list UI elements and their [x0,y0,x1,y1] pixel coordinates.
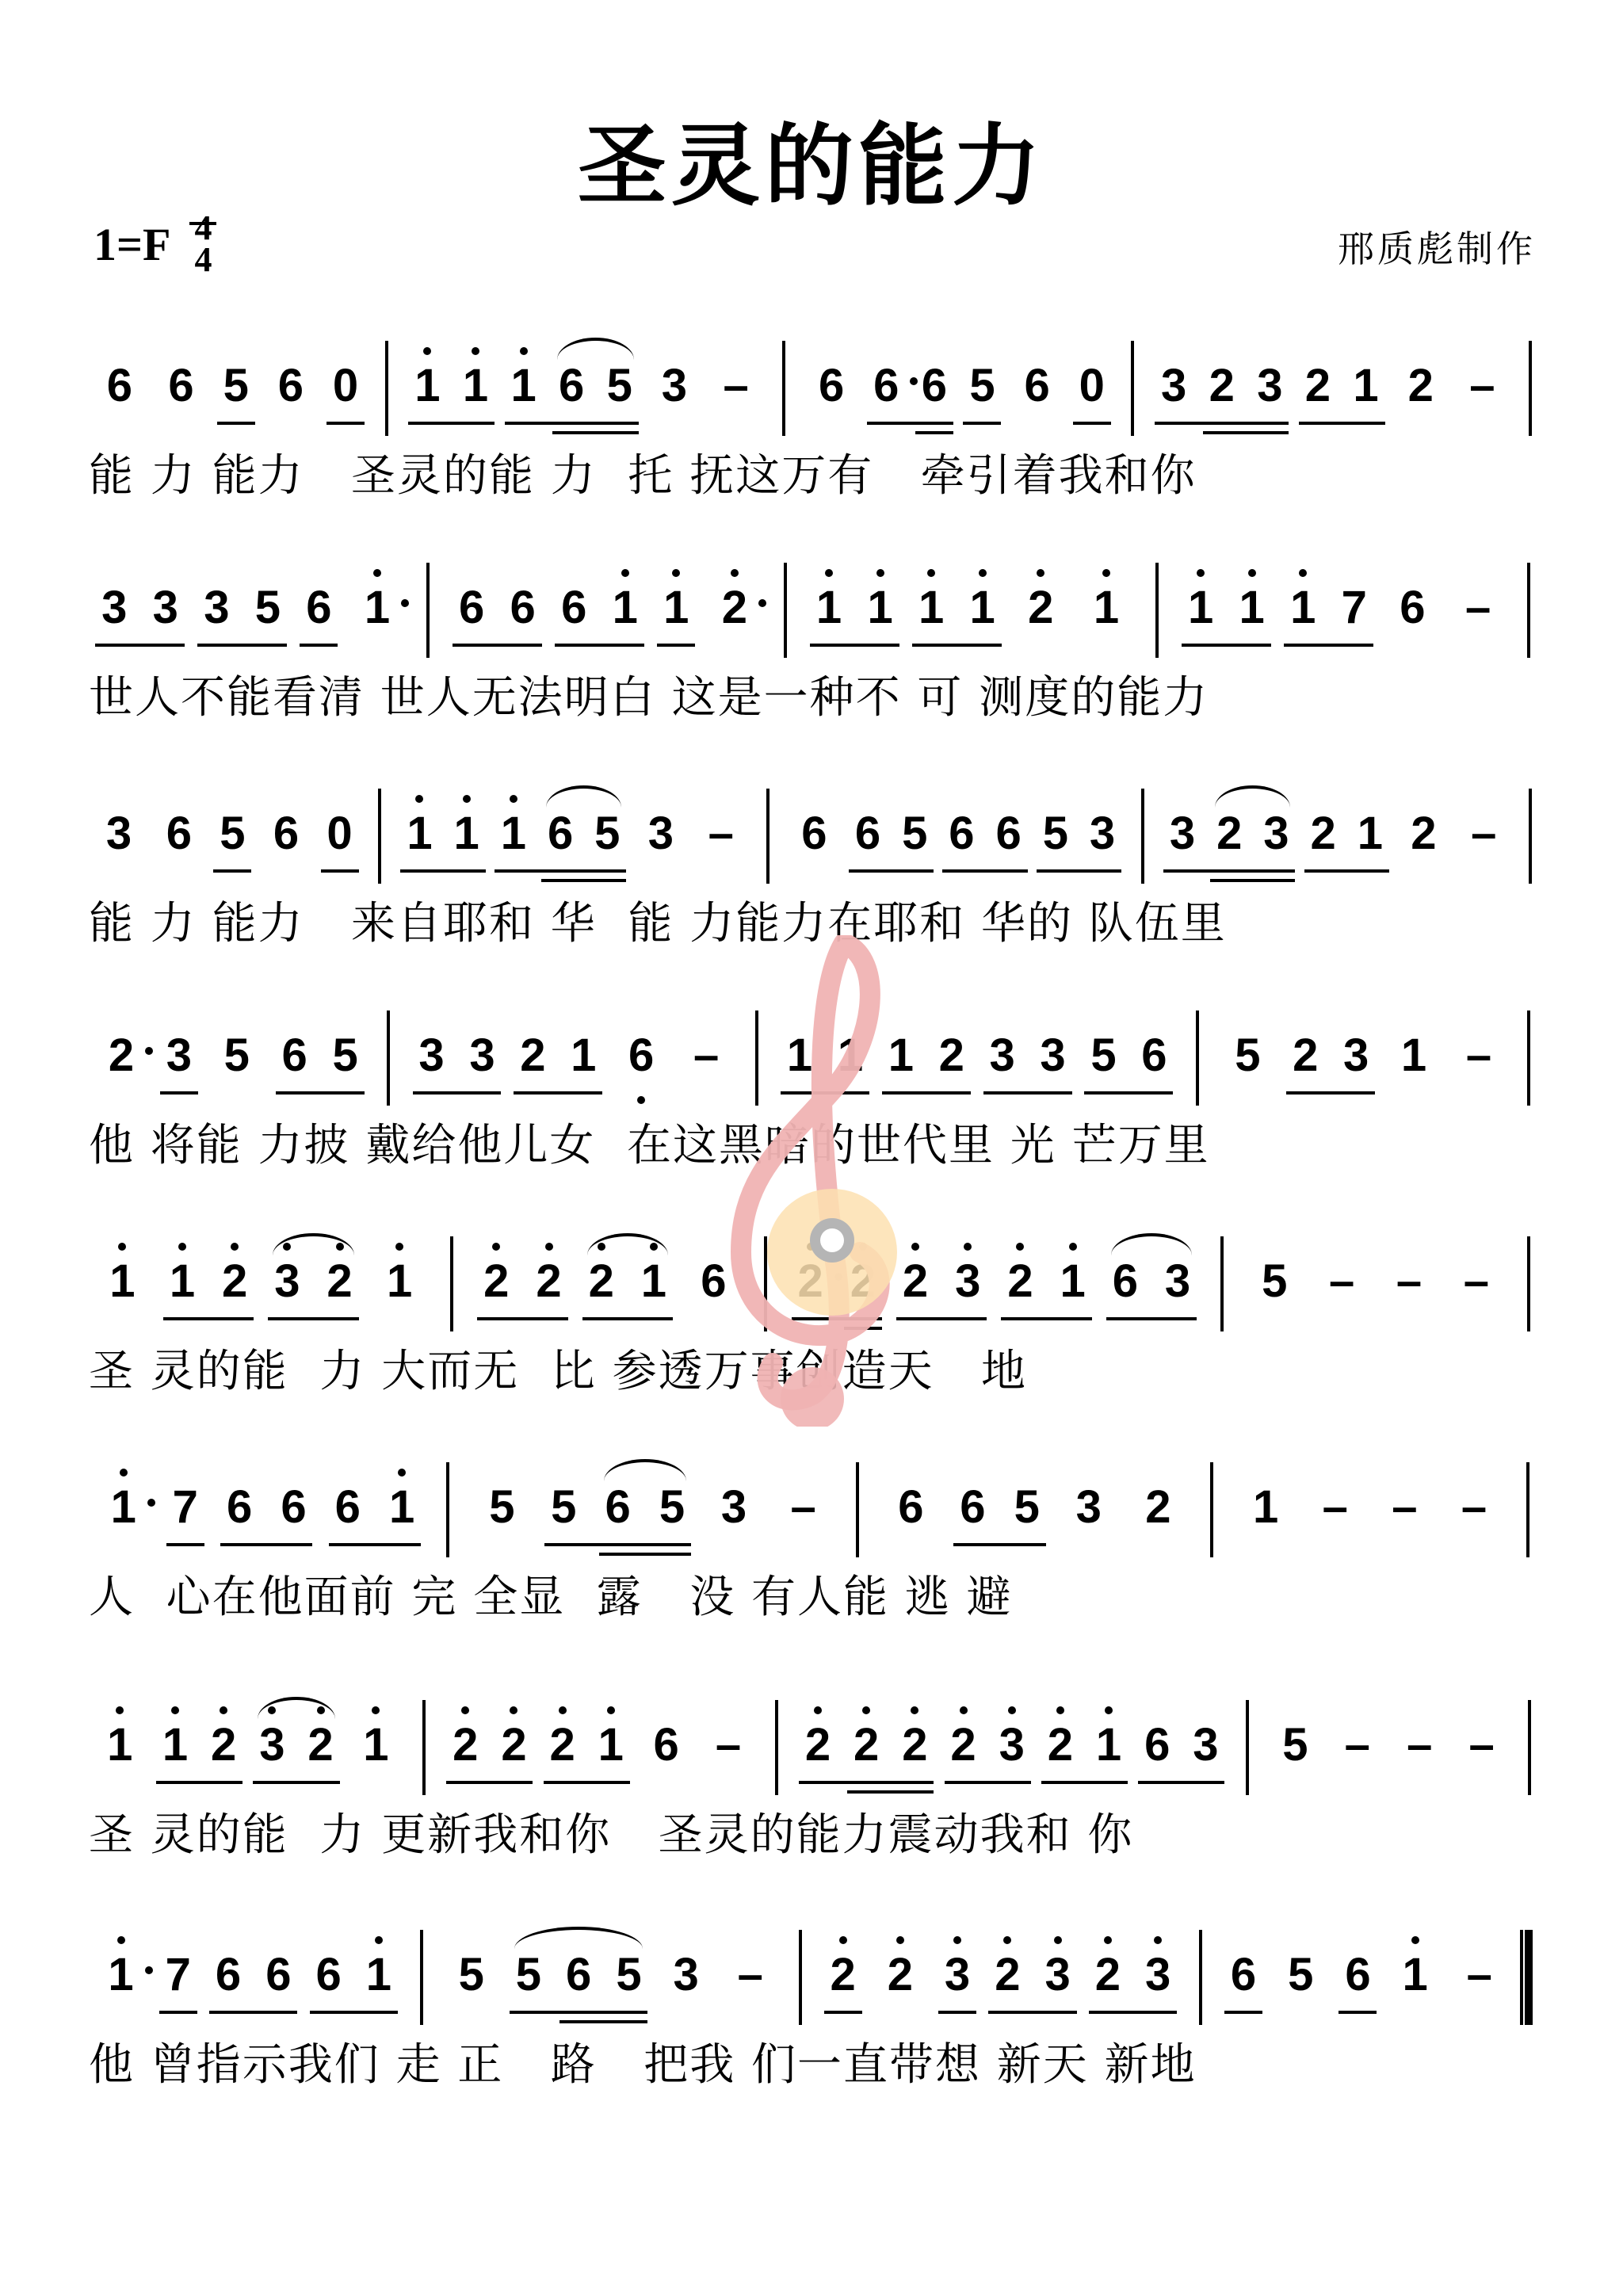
note-digit: 3 [161,1026,197,1085]
note-digit: 6 [260,1946,296,2004]
note: 1 [964,555,1001,637]
note: 6 [916,333,953,415]
eighth-underline [446,1781,533,1784]
sixteenth-underline [844,1327,882,1330]
lyrics-text: 圣 灵的能 力 更新我和你 圣灵的能力震动我和 你 [89,1800,1133,1863]
note-digit: 1 [409,357,445,415]
note-digit: 3 [1338,1026,1374,1085]
note-digit: 1 [1090,1716,1127,1775]
note-digit: 5 [453,1946,490,2004]
note: 3 [464,1003,500,1085]
note: 1 [103,1922,139,2004]
note: 2 [1022,555,1059,637]
note: 1 [359,555,395,637]
notes-line: 17666155653–22323236561– [89,1922,1547,2025]
note-digit: 6 [991,804,1027,863]
dash-extension: – [1461,1003,1497,1085]
note: 1 [164,1228,200,1311]
note: 1 [565,1003,601,1085]
note-digit: 6 [1107,1252,1144,1311]
barline [426,563,430,658]
eighth-underline [1138,1781,1224,1784]
note: 5 [327,1003,364,1085]
note: 6 [453,555,490,637]
note: 6 [1019,333,1056,415]
note-digit: 1 [495,804,532,863]
note-digit: 1 [832,1026,869,1085]
note-digit: 1 [883,1026,919,1085]
note: 6 [850,781,886,863]
eighth-underline [781,1091,869,1095]
barline [1131,341,1134,436]
note-digit: 5 [218,357,254,415]
note: 3 [414,1003,450,1085]
eighth-underline [453,644,542,647]
high-octave-dot [927,569,935,577]
eighth-underline [824,2011,862,2014]
note-digit: 1 [811,579,847,637]
note-digit: 2 [103,1026,139,1085]
eighth-underline [938,2011,976,2014]
score-system-4: 2356533216–111233565231–他 将能 力披 戴给他儿女 在这… [89,1003,1547,1174]
note-digit: 1 [381,1252,418,1311]
note: 3 [1071,1454,1107,1537]
dash-extension: – [1386,1454,1423,1537]
note: 3 [96,555,132,637]
note-digit: 2 [934,1026,970,1085]
note: 1 [883,1003,919,1085]
eighth-underline [477,1317,567,1320]
note-digit: 2 [531,1252,567,1311]
note: 2 [1042,1692,1079,1775]
augmentation-dot [834,1273,842,1281]
note: 3 [1338,1003,1374,1085]
high-octave-dot [398,1469,406,1477]
notes-line: 33356166611211112111176– [89,555,1547,658]
eighth-underline [310,2011,398,2014]
note-digit: 2 [1204,357,1240,415]
note-digit: 6 [1394,579,1430,637]
note-digit: 3 [949,1252,986,1311]
note: 6 [330,1454,366,1537]
note-digit: 1 [157,1716,193,1775]
note-digit: 3 [147,579,184,637]
note-digit: 2 [1405,804,1442,863]
note-digit: 5 [610,1946,647,2004]
score-system-7: 11232122216–2222321635–––圣 灵的能 力 更新我和你 圣… [89,1692,1547,1863]
note-digit: 1 [1234,579,1270,637]
note-digit: 6 [161,804,197,863]
note: 6 [273,333,309,415]
note-digit: 1 [457,357,494,415]
dash-extension: – [1317,1454,1354,1537]
note: 2 [205,1692,242,1775]
note: 2 [103,1003,139,1085]
sixteenth-underline [1203,431,1289,434]
eighth-underline [1089,2011,1177,2014]
note-digit: 0 [322,804,358,863]
barline [378,789,381,884]
note: 1 [357,1692,394,1775]
lyrics-line: 他 将能 力披 戴给他儿女 在这黑暗的世代里 光 芒万里 [89,1110,1547,1174]
high-octave-dot [1248,569,1256,577]
note-digit: 1 [357,1716,394,1775]
note: 2 [514,1003,551,1085]
note: 3 [161,1003,197,1085]
note: 1 [781,1003,818,1085]
eighth-underline [160,1091,198,1095]
note-digit: 2 [1300,357,1336,415]
eighth-underline [1037,869,1121,873]
note-digit: 6 [210,1946,246,2004]
note-digit: – [710,1716,747,1775]
eighth-underline [799,1781,934,1784]
note-digit: – [1464,1716,1500,1775]
author-credit: 邢质彪制作 [1338,220,1536,273]
eighth-underline [505,422,639,425]
high-octave-dot [1008,1706,1016,1714]
note: 1 [401,781,437,863]
note: 2 [1403,333,1439,415]
note-digit: 6 [505,579,541,637]
eighth-underline [213,869,251,873]
high-octave-dot [472,347,479,355]
eighth-underline [810,644,899,647]
note-digit: 2 [1403,357,1439,415]
lyrics-text: 人 心在他面前 完 全显 露 没 有人能 逃 避 [89,1562,1013,1626]
barline [450,1236,453,1331]
barline [1529,789,1532,884]
note: 2 [1204,333,1240,415]
note-digit: – [1401,1716,1438,1775]
notes-line: 2356533216–111233565231– [89,1003,1547,1106]
note: 1 [495,781,532,863]
note: 7 [167,1454,204,1537]
note: 2 [896,1692,933,1775]
note-digit: 6 [556,579,592,637]
note: 1 [1090,1692,1127,1775]
high-octave-dot [1197,569,1205,577]
note: 1 [1234,555,1270,637]
high-octave-dot [1069,1243,1077,1251]
note: 1 [832,1003,869,1085]
note: 1 [1088,555,1125,637]
eighth-underline [166,1543,204,1546]
note-digit: 2 [216,1252,253,1311]
high-octave-dot [1003,1936,1011,1944]
note-digit: 3 [1251,357,1288,415]
score-system-5: 11232122216222321635–––圣 灵的能 力 大而无 比 参透万… [89,1228,1547,1400]
note-digit: 6 [542,804,579,863]
high-octave-dot [463,795,471,803]
note-digit: 6 [796,804,832,863]
notes-line: 17666155653–665321––– [89,1454,1547,1557]
lyrics-line: 圣 灵的能 力 更新我和你 圣灵的能力震动我和 你 [89,1800,1547,1863]
note: 3 [1251,333,1288,415]
note: 5 [1229,1003,1266,1085]
eighth-underline [400,869,485,873]
lyrics-text: 圣 灵的能 力 大而无 比 参透万事创造天 地 [89,1336,1027,1400]
high-octave-dot [492,1243,500,1251]
note: 2 [1300,333,1336,415]
note-digit: 6 [1139,1716,1175,1775]
note-digit: 1 [1352,804,1388,863]
note-digit: – [688,1026,724,1085]
note: 5 [1277,1692,1313,1775]
note-digit: 1 [361,1946,397,2004]
note-digit: 5 [589,804,625,863]
note-digit: 2 [1211,804,1247,863]
lyrics-line: 能 力 能力 圣灵的能 力 托 抚这万有 牵引着我和你 [89,441,1547,504]
note: 2 [716,555,753,637]
note-digit: 5 [250,579,286,637]
note: 1 [506,333,542,415]
note-digit: 3 [198,579,235,637]
note-digit: 2 [447,1716,483,1775]
note: 2 [848,1692,884,1775]
dash-extension: – [732,1922,769,2004]
high-octave-dot [672,569,680,577]
high-octave-dot [117,1936,125,1944]
note: 5 [1085,1003,1121,1085]
note-digit: 6 [273,357,309,415]
lyrics-line: 世人不能看清 世人无法明白 这是一种不 可 测度的能力 [89,663,1547,726]
eighth-underline [156,1781,242,1784]
lyrics-line: 能 力 能力 来自耶和 华 能 力能力在耶和 华的 队伍里 [89,888,1547,952]
augmentation-dot [401,599,409,607]
note: 2 [882,1922,918,2004]
note: 3 [1155,333,1192,415]
note-digit: 1 [103,1946,139,2004]
eighth-underline [1073,422,1111,425]
sixteenth-underline [847,1790,934,1794]
eighth-underline [582,1317,673,1320]
eighth-underline [1084,1091,1173,1095]
note-digit: 5 [896,804,933,863]
note: 5 [964,333,1000,415]
high-octave-dot [814,1706,822,1714]
notes-line: 11232122216222321635––– [89,1228,1547,1331]
augmentation-dot [758,599,766,607]
note-digit: 6 [813,357,850,415]
eighth-underline [1106,1317,1197,1320]
note-digit: 3 [254,1716,290,1775]
note: 3 [101,781,137,863]
note: 2 [544,1692,581,1775]
note: 2 [1002,1228,1038,1311]
note-digit: 5 [601,357,638,415]
note: 1 [361,1922,397,2004]
barline [782,341,785,436]
lyrics-text: 能 力 能力 圣灵的能 力 托 抚这万有 牵引着我和你 [89,441,1197,504]
note-digit: 3 [269,1252,305,1311]
augmentation-dot [145,1966,153,1974]
dash-extension: – [1456,1454,1492,1537]
eighth-underline [510,2011,648,2014]
note-digit: 6 [1225,1946,1262,2004]
note: 1 [1348,333,1384,415]
note: 6 [275,1454,311,1537]
note-digit: 5 [483,1478,520,1537]
note-digit: 6 [916,357,953,415]
note-digit: 6 [1339,1946,1376,2004]
note-digit: 3 [1155,357,1192,415]
note-digit: 2 [945,1716,982,1775]
high-octave-dot [825,569,833,577]
note: 1 [1396,1003,1432,1085]
lyrics-text: 他 将能 力披 戴给他儿女 在这黑暗的世代里 光 芒万里 [89,1110,1210,1174]
high-octave-dot [545,1243,553,1251]
barline [1155,563,1159,658]
note: 0 [322,781,358,863]
eighth-underline [544,1543,691,1546]
note: 5 [545,1454,582,1537]
dash-extension: – [718,333,754,415]
note: 6 [260,1922,296,2004]
note-digit: – [1317,1478,1354,1537]
note: 1 [157,1692,193,1775]
high-octave-dot [423,347,431,355]
note-digit: 2 [896,1716,933,1775]
high-octave-dot [118,1243,126,1251]
eighth-underline [896,1317,987,1320]
note: 5 [218,333,254,415]
eighth-underline [983,1091,1072,1095]
lyrics-text: 能 力 能力 来自耶和 华 能 力能力在耶和 华的 队伍里 [89,888,1227,952]
barline [1141,789,1144,884]
high-octave-dot [1054,1936,1062,1944]
high-octave-dot [1104,1936,1112,1944]
high-octave-dot [1037,569,1044,577]
eighth-underline [209,2011,297,2014]
note-digit: 3 [414,1026,450,1085]
note: 3 [984,1003,1021,1085]
note: 2 [478,1228,514,1311]
eighth-underline [197,644,287,647]
note-digit: 3 [1187,1716,1224,1775]
note: 2 [1140,1454,1176,1537]
note-digit: 2 [495,1716,532,1775]
high-octave-dot [220,1706,227,1714]
note-digit: – [1391,1252,1427,1311]
barline [387,1010,390,1106]
barline [784,563,787,658]
note: 3 [1187,1692,1224,1775]
note: 1 [457,333,494,415]
lyrics-text: 世人不能看清 世人无法明白 这是一种不 可 测度的能力 [89,663,1209,726]
note-digit: 6 [892,1478,929,1537]
note: 3 [198,555,235,637]
note-digit: – [732,1946,769,2004]
note-digit: 5 [545,1478,582,1537]
high-octave-dot [171,1706,179,1714]
note-digit: 3 [939,1946,976,2004]
score-system-2: 33356166611211112111176–世人不能看清 世人无法明白 这是… [89,555,1547,726]
note: 6 [505,555,541,637]
high-octave-dot [395,1243,403,1251]
eighth-underline [1286,1091,1375,1095]
note: 0 [1074,333,1110,415]
note-digit: 3 [716,1478,752,1537]
note-digit: 3 [1258,804,1294,863]
note-digit: 7 [167,1478,204,1537]
note: 6 [943,781,980,863]
note: 3 [949,1228,986,1311]
note-digit: 1 [506,357,542,415]
eighth-underline [1224,2011,1262,2014]
eighth-underline [544,1781,630,1784]
eighth-underline [963,422,1001,425]
barline [1527,563,1530,658]
eighth-underline [268,1317,358,1320]
note-digit: 6 [453,579,490,637]
note-digit: 1 [1348,357,1384,415]
note: 1 [913,555,949,637]
high-octave-dot [911,1243,919,1251]
high-octave-dot [510,795,517,803]
note-digit: 2 [848,1716,884,1775]
note: 1 [101,1692,138,1775]
high-octave-dot [859,1243,867,1251]
high-octave-dot [520,347,528,355]
high-octave-dot [510,1706,517,1714]
note-digit: 2 [1090,1946,1126,2004]
note-digit: 3 [994,1716,1030,1775]
sixteenth-underline [559,2020,647,2023]
note: 6 [868,333,904,415]
eighth-underline [1284,644,1373,647]
high-octave-dot [1016,1243,1024,1251]
note: 6 [161,781,197,863]
key-label: 1=F [94,218,170,271]
note: 1 [1397,1922,1434,2004]
note: 1 [658,555,694,637]
note: 6 [813,333,850,415]
dash-extension: – [1401,1692,1438,1775]
eighth-underline [329,1543,421,1546]
note-digit: 0 [327,357,364,415]
note: 6 [300,555,337,637]
note: 6 [623,1003,659,1085]
final-barline [1520,1930,1533,2025]
note-digit: 6 [943,804,980,863]
note: 2 [1405,781,1442,863]
note: 7 [1336,555,1373,637]
note-digit: 6 [868,357,904,415]
eighth-underline [867,422,953,425]
note-digit: 6 [695,1252,731,1311]
eighth-underline [988,2011,1076,2014]
note-digit: 2 [825,1946,861,2004]
augmentation-dot [147,1499,155,1507]
note-digit: 1 [359,579,395,637]
note: 1 [607,555,643,637]
dash-extension: – [1458,1228,1495,1311]
note: 1 [104,1228,140,1311]
note-digit: 2 [322,1252,358,1311]
note: 6 [277,1003,313,1085]
high-octave-dot [559,1706,567,1714]
note-digit: 6 [553,357,590,415]
note-digit: 6 [623,1026,659,1085]
notes-line: 11232122216–2222321635––– [89,1692,1547,1795]
note-digit: – [1464,357,1500,415]
note: 6 [163,333,200,415]
note: 1 [384,1454,420,1537]
eighth-underline [1001,1317,1091,1320]
note-digit: 6 [850,804,886,863]
note: 1 [1055,1228,1091,1311]
